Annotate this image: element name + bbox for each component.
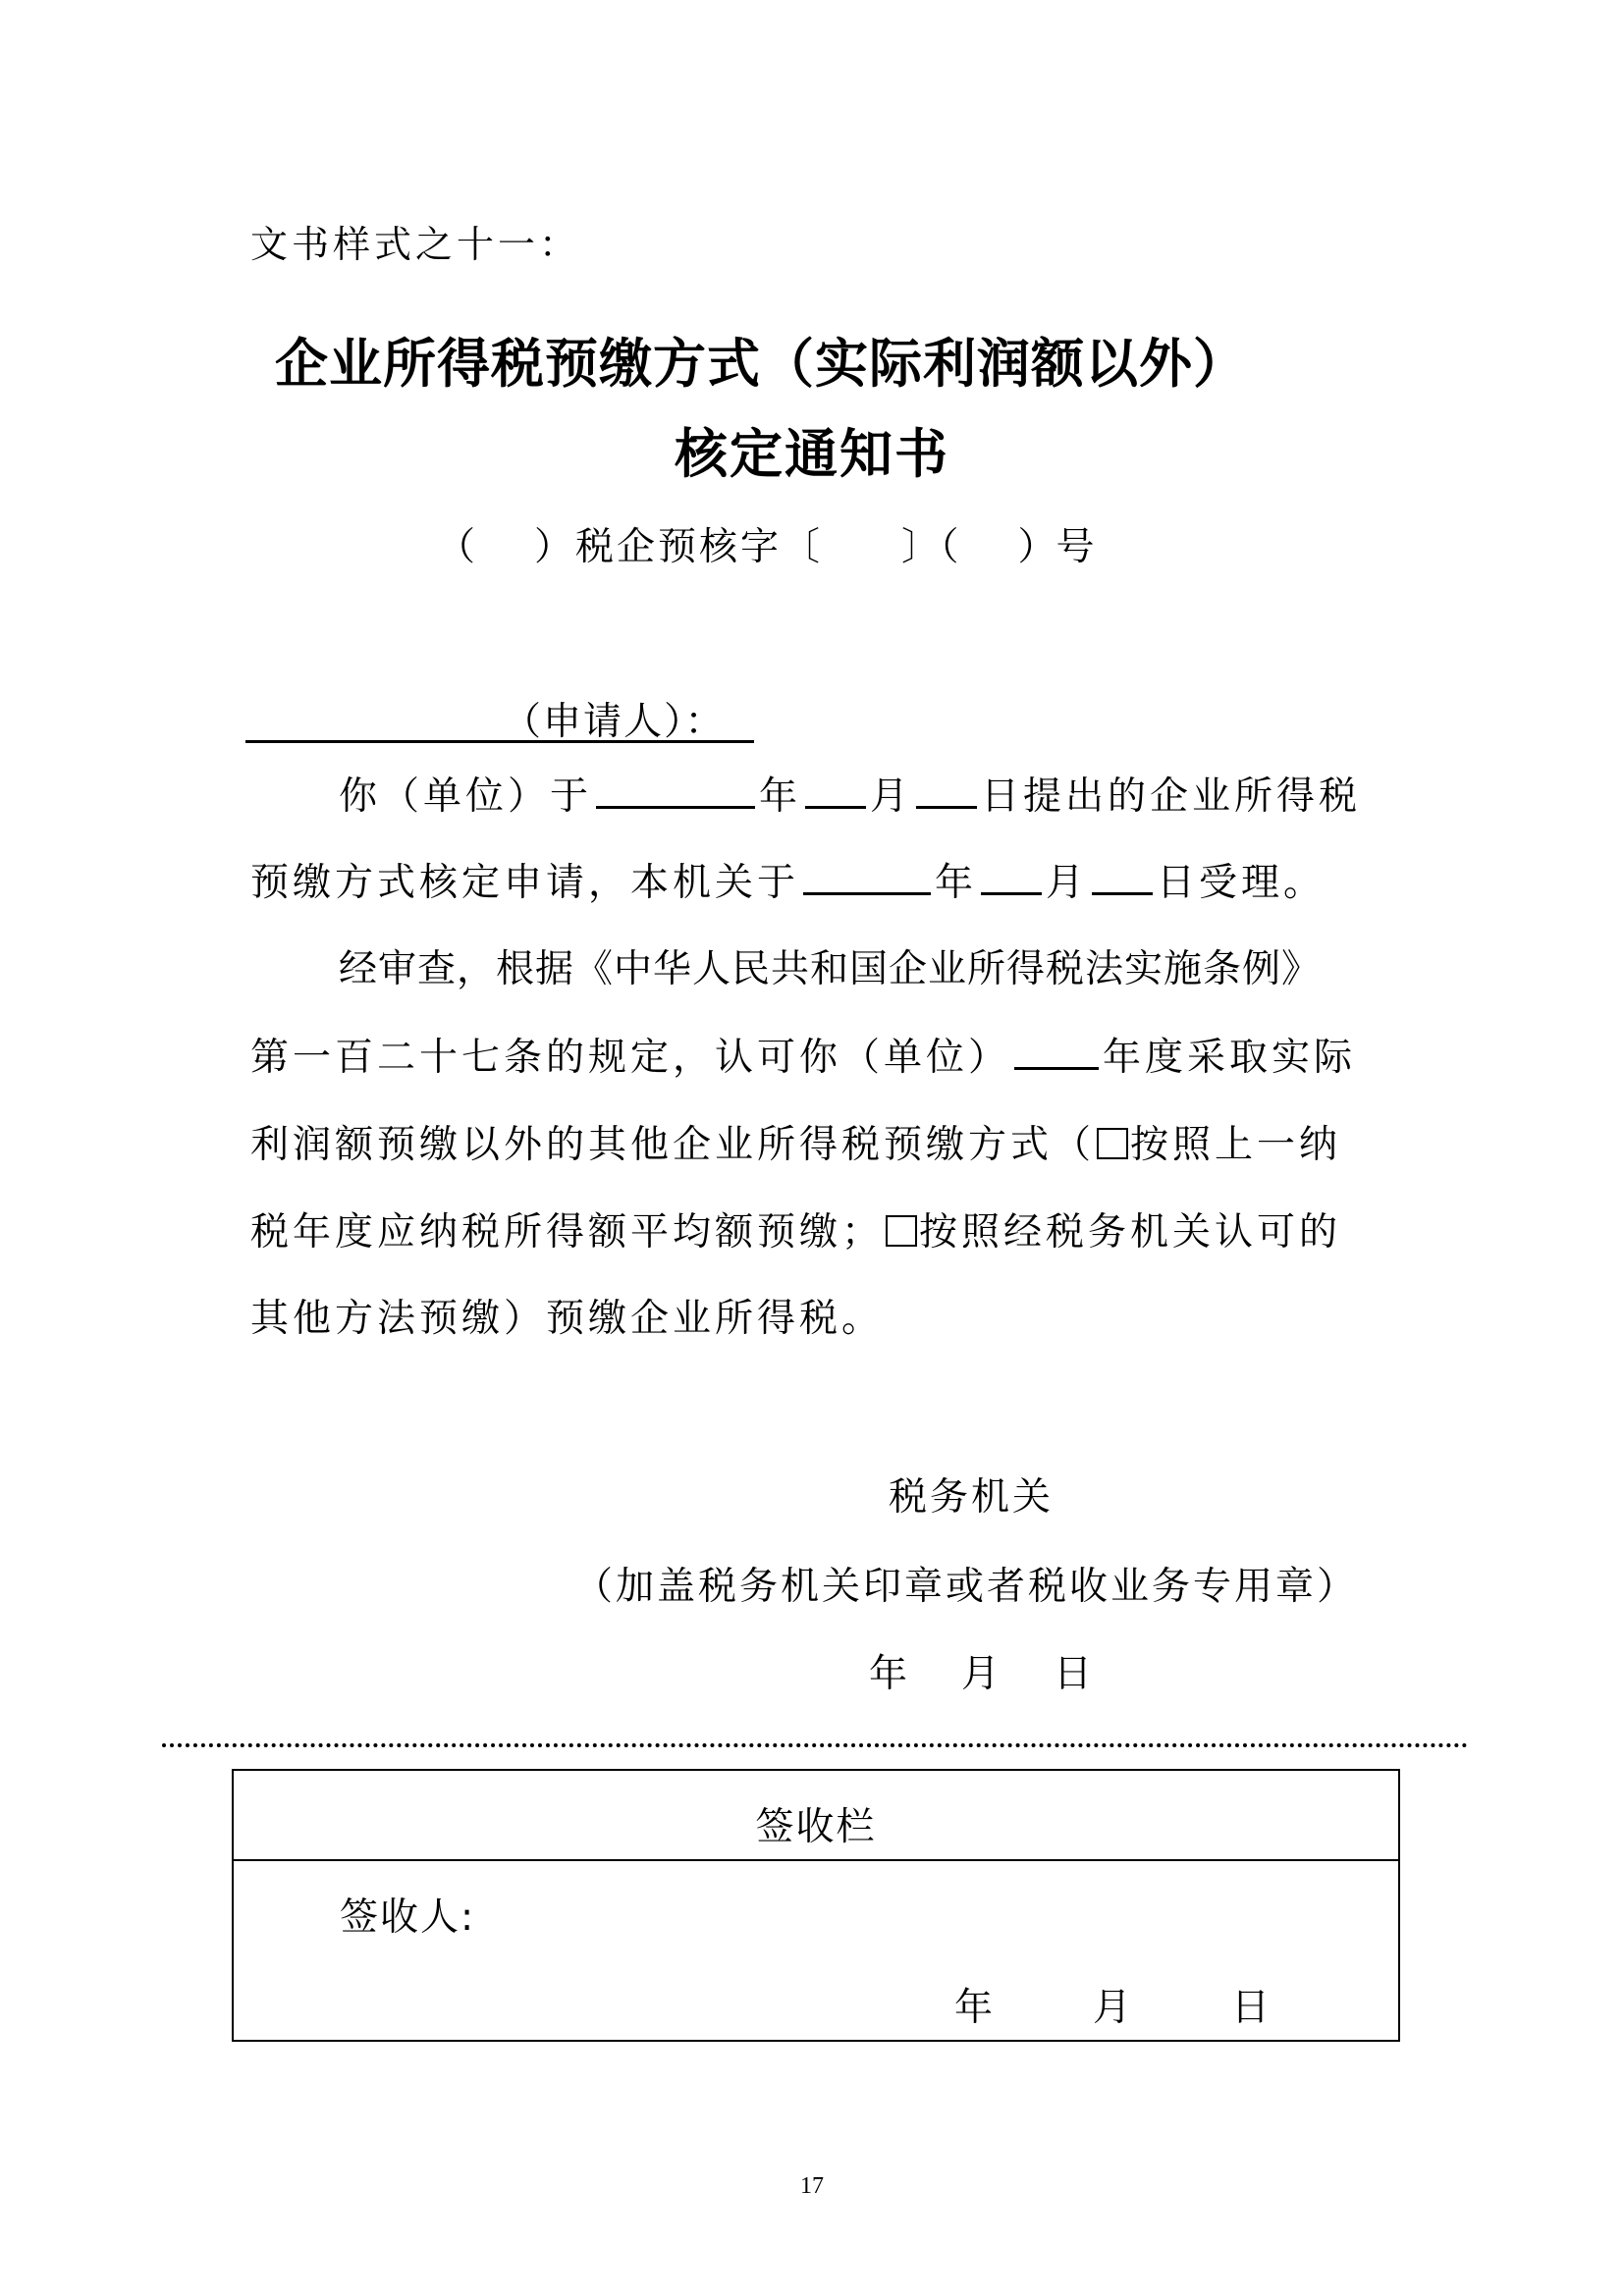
paragraph2-line2: 第一百二十七条的规定，认可你（单位）年度采取实际 [250, 1027, 1356, 1082]
form-style-label: 文书样式之十一： [250, 214, 580, 268]
doc-number-open-paren: （ [437, 516, 475, 571]
page-number: 17 [0, 2173, 1624, 2200]
acceptance-day-blank[interactable] [1092, 863, 1153, 895]
receipt-date: 年 月 日 [954, 1977, 1277, 2032]
document-title-line1: 企业所得税预缴方式（实际利润额以外） [275, 322, 1247, 398]
doc-number-prefix: ）税企预核字〔 [534, 516, 823, 571]
receipt-signer-label: 签收人: [340, 1887, 475, 1942]
acceptance-month-blank[interactable] [981, 863, 1042, 895]
receipt-header: 签收栏 [234, 1771, 1398, 1861]
application-month-blank[interactable] [805, 776, 866, 809]
receipt-section: 签收栏 签收人: 年 月 日 [232, 1769, 1400, 2042]
acceptance-year-blank[interactable] [803, 863, 931, 895]
cut-line-divider [162, 1743, 1468, 1747]
seal-note: （加盖税务机关印章或者税收业务专用章） [574, 1556, 1358, 1611]
paragraph2-line5: 其他方法预缴）预缴企业所得税。 [250, 1288, 884, 1343]
applicant-field[interactable]: （申请人）： [245, 691, 754, 743]
signature-date: 年 月 日 [869, 1643, 1100, 1698]
option-previous-year-average-checkbox[interactable] [1097, 1128, 1128, 1159]
paragraph2-line4: 税年度应纳税所得额平均额预缴；按照经税务机关认可的 [250, 1201, 1341, 1256]
paragraph2-line1: 经审查，根据《中华人民共和国企业所得税法实施条例》 [339, 938, 1321, 993]
applicant-label: （申请人）： [503, 691, 726, 746]
application-day-blank[interactable] [916, 776, 977, 809]
receipt-header-title: 签收栏 [755, 1796, 876, 1851]
document-title-line2: 核定通知书 [0, 412, 1624, 488]
doc-number-bracket: 〕（ [901, 516, 959, 571]
doc-number-suffix: ）号 [1018, 516, 1095, 571]
option-other-method-checkbox[interactable] [886, 1215, 917, 1247]
document-number: （）税企预核字〔〕（）号 [437, 516, 1095, 571]
paragraph1-line1: 你（单位）于年月日提出的企业所得税 [339, 766, 1361, 821]
approved-year-blank[interactable] [1014, 1038, 1099, 1070]
tax-authority-label: 税务机关 [889, 1467, 1054, 1522]
paragraph1-line2: 预缴方式核定申请，本机关于年月日受理。 [250, 852, 1326, 907]
application-year-blank[interactable] [596, 776, 755, 809]
paragraph2-line3: 利润额预缴以外的其他企业所得税预缴方式（按照上一纳 [250, 1114, 1341, 1169]
